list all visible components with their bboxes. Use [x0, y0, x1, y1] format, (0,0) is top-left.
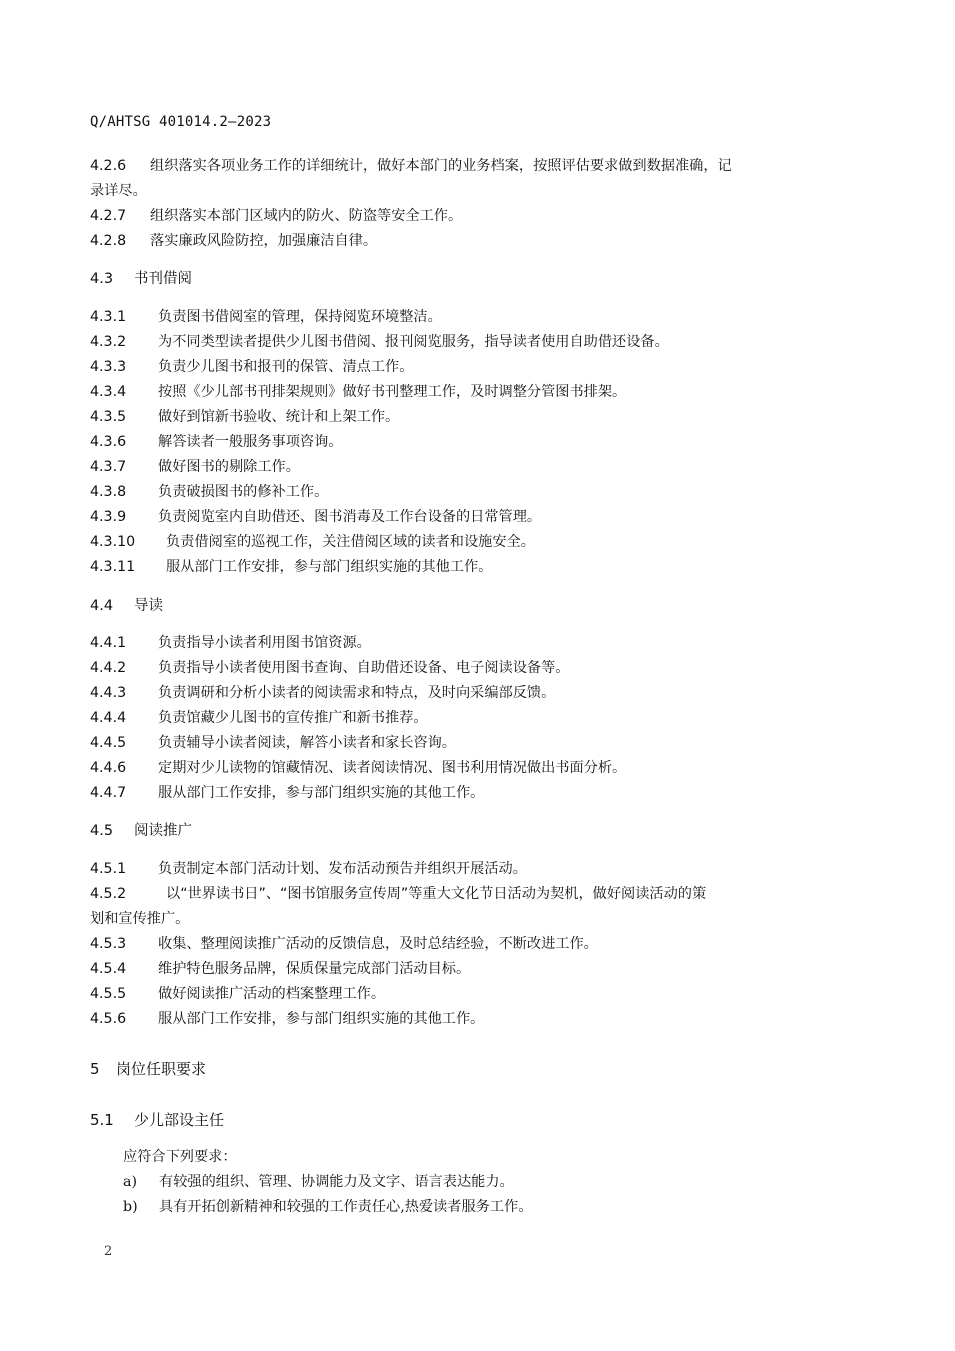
clause-text: 组织落实各项业务工作的详细统计，做好本部门的业务档案，按照评估要求做到数据准确，… — [150, 158, 732, 174]
clause-number: 4.5.3 — [90, 934, 158, 954]
clause-4-5-5: 4.5.5做好阅读推广活动的档案整理工作。 — [90, 984, 385, 1004]
clause-text: 服从部门工作安排，参与部门组织实施的其他工作。 — [158, 785, 484, 801]
requirements-intro: 应符合下列要求： — [123, 1147, 237, 1167]
clause-text: 为不同类型读者提供少儿图书借阅、报刊阅览服务，指导读者使用自助借还设备。 — [158, 334, 669, 350]
document-page: Q/AHTSG 401014.2—2023 4.2.6组织落实各项业务工作的详细… — [0, 0, 955, 1351]
requirement-item-a: a)有较强的组织、管理、协调能力及文字、语言表达能力。 — [123, 1172, 514, 1192]
clause-4-5-1: 4.5.1负责制定本部门活动计划、发布活动预告并组织开展活动。 — [90, 859, 527, 879]
section-heading-4-4: 4.4导读 — [90, 596, 163, 616]
clause-number: 4.3.1 — [90, 307, 158, 327]
clause-number: 4.4.3 — [90, 683, 158, 703]
clause-number: 4.4.6 — [90, 758, 158, 778]
clause-4-4-3: 4.4.3负责调研和分析小读者的阅读需求和特点，及时向采编部反馈。 — [90, 683, 555, 703]
clause-text: 负责破损图书的修补工作。 — [158, 484, 328, 500]
clause-number: 4.4.4 — [90, 708, 158, 728]
clause-number: 4.3.5 — [90, 407, 158, 427]
clause-number: 4.2.6 — [90, 156, 150, 176]
clause-text: 解答读者一般服务事项咨询。 — [158, 434, 342, 450]
clause-number: 4.4.5 — [90, 733, 158, 753]
clause-4-2-6: 4.2.6组织落实各项业务工作的详细统计，做好本部门的业务档案，按照评估要求做到… — [90, 156, 732, 176]
clause-4-3-3: 4.3.3负责少儿图书和报刊的保管、清点工作。 — [90, 357, 413, 377]
clause-4-5-6: 4.5.6服从部门工作安排，参与部门组织实施的其他工作。 — [90, 1009, 484, 1029]
clause-4-4-2: 4.4.2负责指导小读者使用图书查询、自助借还设备、电子阅读设备等。 — [90, 658, 569, 678]
clause-4-5-3: 4.5.3收集、整理阅读推广活动的反馈信息，及时总结经验，不断改进工作。 — [90, 934, 598, 954]
clause-4-4-4: 4.4.4负责馆藏少儿图书的宣传推广和新书推荐。 — [90, 708, 428, 728]
chapter-heading-5: 5岗位任职要求 — [90, 1059, 206, 1079]
clause-4-2-7: 4.2.7组织落实本部门区域内的防火、防盗等安全工作。 — [90, 206, 462, 226]
clause-text: 负责调研和分析小读者的阅读需求和特点，及时向采编部反馈。 — [158, 685, 555, 701]
clause-text: 做好阅读推广活动的档案整理工作。 — [158, 986, 385, 1002]
clause-text: 落实廉政风险防控，加强廉洁自律。 — [150, 233, 377, 249]
clause-number: 4.3.6 — [90, 432, 158, 452]
list-marker: b) — [123, 1197, 159, 1217]
requirement-item-b: b)具有开拓创新精神和较强的工作责任心,热爱读者服务工作。 — [123, 1197, 532, 1217]
clause-4-4-6: 4.4.6定期对少儿读物的馆藏情况、读者阅读情况、图书利用情况做出书面分析。 — [90, 758, 626, 778]
clause-4-3-10: 4.3.10负责借阅室的巡视工作，关注借阅区域的读者和设施安全。 — [90, 532, 535, 552]
clause-4-5-2-continuation: 划和宣传推广。 — [90, 909, 189, 929]
section-title: 阅读推广 — [134, 823, 192, 839]
clause-4-3-11: 4.3.11服从部门工作安排，参与部门组织实施的其他工作。 — [90, 557, 492, 577]
clause-4-3-9: 4.3.9负责阅览室内自助借还、图书消毒及工作台设备的日常管理。 — [90, 507, 541, 527]
clause-text: 以“世界读书日”、“图书馆服务宣传周”等重大文化节日活动为契机，做好阅读活动的策 — [166, 886, 706, 902]
clause-text: 负责阅览室内自助借还、图书消毒及工作台设备的日常管理。 — [158, 509, 541, 525]
clause-number: 4.5.4 — [90, 959, 158, 979]
clause-text: 负责图书借阅室的管理，保持阅览环境整洁。 — [158, 309, 442, 325]
clause-text: 做好图书的剔除工作。 — [158, 459, 300, 475]
clause-number: 4.3.3 — [90, 357, 158, 377]
clause-4-2-8: 4.2.8落实廉政风险防控，加强廉洁自律。 — [90, 231, 377, 251]
clause-text: 按照《少儿部书刊排架规则》做好书刊整理工作，及时调整分管图书排架。 — [158, 384, 626, 400]
section-title: 导读 — [134, 598, 163, 614]
clause-number: 4.4.7 — [90, 783, 158, 803]
section-number: 5.1 — [90, 1110, 134, 1130]
clause-text: 收集、整理阅读推广活动的反馈信息，及时总结经验，不断改进工作。 — [158, 936, 598, 952]
clause-number: 4.5.5 — [90, 984, 158, 1004]
chapter-title: 岗位任职要求 — [116, 1060, 206, 1078]
requirement-text: 有较强的组织、管理、协调能力及文字、语言表达能力。 — [159, 1174, 514, 1190]
clause-number: 4.3.10 — [90, 532, 166, 552]
section-number: 4.4 — [90, 596, 134, 616]
clause-text: 负责借阅室的巡视工作，关注借阅区域的读者和设施安全。 — [166, 534, 535, 550]
clause-4-3-4: 4.3.4按照《少儿部书刊排架规则》做好书刊整理工作，及时调整分管图书排架。 — [90, 382, 626, 402]
clause-number: 4.4.1 — [90, 633, 158, 653]
clause-text: 负责馆藏少儿图书的宣传推广和新书推荐。 — [158, 710, 428, 726]
section-heading-4-5: 4.5阅读推广 — [90, 821, 192, 841]
clause-text: 负责辅导小读者阅读，解答小读者和家长咨询。 — [158, 735, 456, 751]
clause-text: 维护特色服务品牌，保质保量完成部门活动目标。 — [158, 961, 470, 977]
clause-number: 4.3.7 — [90, 457, 158, 477]
clause-text: 定期对少儿读物的馆藏情况、读者阅读情况、图书利用情况做出书面分析。 — [158, 760, 626, 776]
clause-4-3-5: 4.3.5做好到馆新书验收、统计和上架工作。 — [90, 407, 399, 427]
section-title: 书刊借阅 — [134, 271, 192, 287]
section-number: 4.3 — [90, 269, 134, 289]
clause-number: 4.5.1 — [90, 859, 158, 879]
clause-4-3-8: 4.3.8负责破损图书的修补工作。 — [90, 482, 328, 502]
clause-number: 4.4.2 — [90, 658, 158, 678]
clause-4-2-6-continuation: 录详尽。 — [90, 181, 147, 201]
clause-text: 负责指导小读者使用图书查询、自助借还设备、电子阅读设备等。 — [158, 660, 569, 676]
clause-number: 4.3.2 — [90, 332, 158, 352]
requirement-text: 具有开拓创新精神和较强的工作责任心,热爱读者服务工作。 — [159, 1199, 532, 1215]
clause-number: 4.2.8 — [90, 231, 150, 251]
clause-number: 4.3.4 — [90, 382, 158, 402]
section-number: 4.5 — [90, 821, 134, 841]
clause-text: 服从部门工作安排，参与部门组织实施的其他工作。 — [158, 1011, 484, 1027]
clause-4-3-1: 4.3.1负责图书借阅室的管理，保持阅览环境整洁。 — [90, 307, 442, 327]
clause-4-3-6: 4.3.6解答读者一般服务事项咨询。 — [90, 432, 342, 452]
list-marker: a) — [123, 1172, 159, 1192]
clause-number: 4.3.9 — [90, 507, 158, 527]
clause-number: 4.3.11 — [90, 557, 166, 577]
clause-4-3-2: 4.3.2为不同类型读者提供少儿图书借阅、报刊阅览服务，指导读者使用自助借还设备… — [90, 332, 669, 352]
section-heading-5-1: 5.1少儿部设主任 — [90, 1110, 224, 1130]
clause-text: 负责少儿图书和报刊的保管、清点工作。 — [158, 359, 413, 375]
clause-text: 负责制定本部门活动计划、发布活动预告并组织开展活动。 — [158, 861, 527, 877]
clause-text: 做好到馆新书验收、统计和上架工作。 — [158, 409, 399, 425]
clause-number: 4.5.2 — [90, 884, 166, 904]
clause-4-5-4: 4.5.4维护特色服务品牌，保质保量完成部门活动目标。 — [90, 959, 470, 979]
page-number: 2 — [104, 1244, 112, 1259]
clause-number: 4.3.8 — [90, 482, 158, 502]
section-title: 少儿部设主任 — [134, 1111, 224, 1129]
clause-number: 4.2.7 — [90, 206, 150, 226]
chapter-number: 5 — [90, 1059, 116, 1079]
clause-text: 组织落实本部门区域内的防火、防盗等安全工作。 — [150, 208, 462, 224]
clause-4-3-7: 4.3.7做好图书的剔除工作。 — [90, 457, 300, 477]
document-code-header: Q/AHTSG 401014.2—2023 — [90, 114, 271, 130]
clause-number: 4.5.6 — [90, 1009, 158, 1029]
clause-4-4-1: 4.4.1负责指导小读者利用图书馆资源。 — [90, 633, 371, 653]
section-heading-4-3: 4.3书刊借阅 — [90, 269, 192, 289]
clause-4-4-7: 4.4.7服从部门工作安排，参与部门组织实施的其他工作。 — [90, 783, 484, 803]
clause-4-5-2: 4.5.2以“世界读书日”、“图书馆服务宣传周”等重大文化节日活动为契机，做好阅… — [90, 884, 706, 904]
clause-text: 负责指导小读者利用图书馆资源。 — [158, 635, 371, 651]
clause-text: 服从部门工作安排，参与部门组织实施的其他工作。 — [166, 559, 492, 575]
clause-4-4-5: 4.4.5负责辅导小读者阅读，解答小读者和家长咨询。 — [90, 733, 456, 753]
